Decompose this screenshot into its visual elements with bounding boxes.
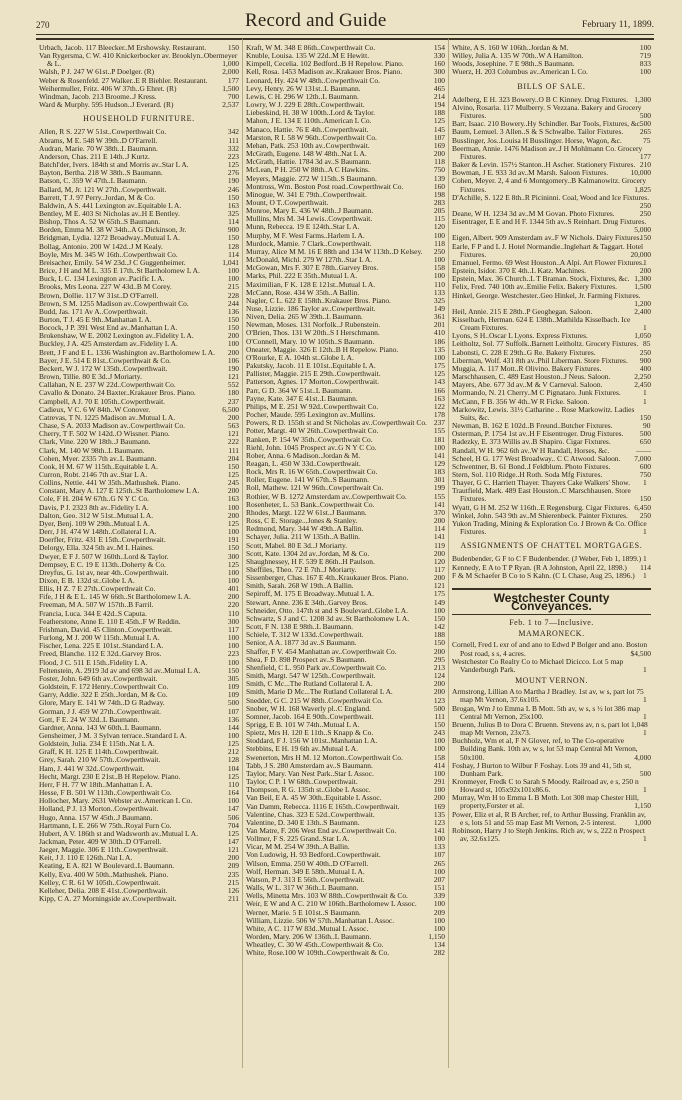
list-entry: Trautfield, Mark. 489 East Houston..C Ma… [452,487,651,503]
household-furniture-list: Allen, R S. 227 W 51st..Cowperthwait Co.… [39,128,239,903]
list-entry: Westchester Co Realty Co to Michael Dici… [452,658,651,674]
list-entry: Wuerz, H. 203 Columbus av..American L Co… [452,68,651,76]
entry-amount: 1,500 [639,283,651,291]
list-entry: Yukon Trading, Mining & Exploration Co. … [452,520,651,536]
entry-amount: 2,400 [639,308,651,316]
entry-text: Westchester Co Realty Co to Michael Dici… [452,657,623,674]
entry-text: Armstrong, Lillian A to Martha J Bradley… [452,687,644,704]
entry-text: Markowitz, Lewis. 31½ Catharine .. Rose … [452,405,634,422]
entry-amount: 1 [648,666,651,674]
entry-amount: 1 [648,572,651,580]
list-entry: Beerman, Annie. 1476 Madison av..J H Moh… [452,145,651,161]
list-entry: Kronmeyer, Fredk C to Sarah S Moody. Rai… [452,778,651,794]
entry-amount: 1 [648,398,651,406]
list-entry: Alvino, Rosaria. 117 Mulberry. S Vezzana… [452,104,651,120]
entry-text: Eisentrager, E E and H F. 1344 5th av..S… [452,217,646,226]
entry-text: Kronmeyer, Fredk C to Sarah S Moody. Rai… [452,777,639,794]
entry-text: Brogan, Wm J to Emma L B Mott. 5th av, w… [452,704,640,721]
assignments-list: Budenbender, G F to C F Budenbender. (J … [452,555,651,579]
page-number: 270 [36,20,50,34]
entry-text: Wuerz, H. 203 Columbus av..American L Co… [452,67,588,76]
list-entry: Cornell, Fred L exr of and ano to Edwd P… [452,641,651,657]
entry-amount: 1 [648,835,651,843]
entry-amount: 100 [645,68,651,76]
section-title-mamaroneck: MAMARONECK. [452,630,651,638]
newspaper-page: 270 Record and Guide February 11, 1899. … [0,0,682,1100]
list-entry: Hinkel, George. Westchester..Geo Hinkel,… [452,292,651,308]
list-entry: White, Rose.100 W 109th..Cowperthwait & … [246,949,445,957]
entry-amount: 1 [648,786,651,794]
entry-amount: 1 [648,713,651,721]
mount-vernon-list: Armstrong, Lillian A to Martha J Bradley… [452,688,651,843]
entry-text: Trautfield, Mark. 489 East Houston..C Ma… [452,486,631,503]
section-title-mount-vernon: MOUNT VERNON. [452,677,651,685]
entry-text: Cohen, Meyer. 2, 4 and 6 Montgomery..B K… [452,176,646,193]
westchester-heading: Westchester County Conveyances. [452,588,651,615]
entry-text: Earle, F P and L J. Hotel Normandie..Ing… [452,242,643,259]
section-title-household-furniture: HOUSEHOLD FURNITURE. [39,115,239,123]
list-entry: Eisentrager, E E and H F. 1344 5th av..S… [452,218,651,234]
columns: Urbach, Jacob. 117 Bleecker..M Ershowsky… [36,38,654,1068]
entry-text: Beerman, Annie. 1476 Madison av..J H Moh… [452,144,642,161]
entry-text: Kisselbach, Herman. 624 E 138th..Mathild… [452,315,630,332]
list-entry: Earle, F P and L J. Hotel Normandie..Ing… [452,243,651,259]
entry-text: Murray, Wm H to Emma L B Moth. Lot 308 m… [452,793,639,810]
entry-amount: 211 [233,895,239,903]
entry-text: D'Achille, S. 122 E 8th..R Picininni. Co… [452,193,649,202]
list-entry: Bruenn, Julius B to Dora C Bruenn. Steve… [452,721,651,737]
entry-text: Yukon Trading, Mining & Exploration Co. … [452,519,647,536]
entry-text: Bruenn, Julius B to Dora C Bruenn. Steve… [452,720,648,737]
entry-text: Hinkel, George. Westchester..Geo Hinkel,… [452,291,641,300]
list-entry: Cohen, Meyer. 2, 4 and 6 Montgomery..B K… [452,177,651,193]
entry-amount: 1 [648,389,651,397]
entry-text: Power, Eliz et al, R B Archer, ref, to A… [452,810,646,827]
section-title-assignments: ASSIGNMENTS OF CHATTEL MORTGAGES. [452,542,651,550]
entry-amount: 4,000 [639,754,651,762]
page-header: 270 Record and Guide February 11, 1899. [36,8,654,35]
entry-text: Van Rygersma, C W. 410 Knickerbocker av.… [39,51,237,68]
entry-text: Cornell, Fred L exr of and ano to Edwd P… [452,640,647,657]
entry-text: Kipp, C A. 27 Morningside av..Cowperthwa… [39,894,177,903]
entry-text: F & M Schaefer B Co to S Kahn. (C L Chas… [452,571,635,580]
entry-text: Robinson, Harry J to Steph Jenkins. Rich… [452,826,645,843]
entry-amount: 1 [648,479,651,487]
entry-amount: 1 [648,729,651,737]
westchester-dates: Feb. 1 to 7—Inclusive. [452,619,651,627]
entry-amount: 150 [645,234,651,242]
list-entry: Foshay, J Burton to Wilbur F Foshay. Lot… [452,762,651,778]
chattel-mortgage-list: Urbach, Jacob. 117 Bleecker..M Ershowsky… [39,44,239,109]
list-entry: Robinson, Harry J to Steph Jenkins. Rich… [452,827,651,843]
household-furniture-list-end: White, A S. 160 W 106th..Jordan & M.100W… [452,44,651,77]
section-title-bills-of-sale: BILLS OF SALE. [452,83,651,91]
entry-text: Ward & Murphy. 595 Hudson..J Everard. (R… [39,100,173,109]
entry-amount: 1 [648,528,651,536]
list-entry: Van Rygersma, C W. 410 Knickerbocker av.… [39,52,239,68]
entry-amount: 2,537 [227,101,239,109]
list-entry: Ward & Murphy. 595 Hudson..J Everard. (R… [39,101,239,109]
entry-text: White, Rose.100 W 109th..Cowperthwait & … [246,948,389,957]
list-entry: Brogan, Wm J to Emma L B Mott. 5th av, w… [452,705,651,721]
list-entry: Power, Eliz et al, R B Archer, ref, to A… [452,811,651,827]
list-entry: Murray, Wm H to Emma L B Moth. Lot 308 m… [452,794,651,810]
mamaroneck-list: Cornell, Fred L exr of and ano to Edwd P… [452,641,651,674]
entry-text: Buchholz, Wm et al, F N Glover, ref, to … [452,736,638,761]
entry-amount: 500 [645,770,651,778]
entry-amount: 75 [648,137,651,145]
entry-amount: $4,500 [636,650,651,658]
entry-text: Foshay, J Burton to Wilbur F Foshay. Lot… [452,761,631,778]
column-2: Kraft, W M. 348 E 86th..Cowperthwait Co.… [242,38,448,1068]
list-entry: Armstrong, Lillian A to Martha J Bradley… [452,688,651,704]
publication-title: Record and Guide [245,10,386,34]
list-entry: D'Achille, S. 122 E 8th..R Picininni. Co… [452,194,651,210]
list-entry: Kisselbach, Herman. 624 E 138th..Mathild… [452,316,651,332]
list-entry: Kipp, C A. 27 Morningside av..Cowperthwa… [39,895,239,903]
column-1: Urbach, Jacob. 117 Bleecker..M Ershowsky… [36,38,242,1068]
list-entry: Buchholz, Wm et al, F N Glover, ref, to … [452,737,651,761]
entry-amount: 282 [439,949,445,957]
entry-amount: 1 [648,696,651,704]
list-entry: F & M Schaefer B Co to S Kahn. (C L Chas… [452,572,651,580]
entry-text: Alvino, Rosaria. 117 Mulberry. S Vezzana… [452,103,642,120]
column-3: White, A S. 160 W 106th..Jordan & M.100W… [448,38,654,1068]
bills-of-sale-list: Adelberg, E H. 323 Bowery..O B C Kinney.… [452,96,651,536]
household-furniture-list-cont: Kraft, W M. 348 E 86th..Cowperthwait Co.… [246,44,445,958]
list-entry: Markowitz, Lewis. 31½ Catharine .. Rose … [452,406,651,422]
issue-date: February 11, 1899. [582,20,654,34]
